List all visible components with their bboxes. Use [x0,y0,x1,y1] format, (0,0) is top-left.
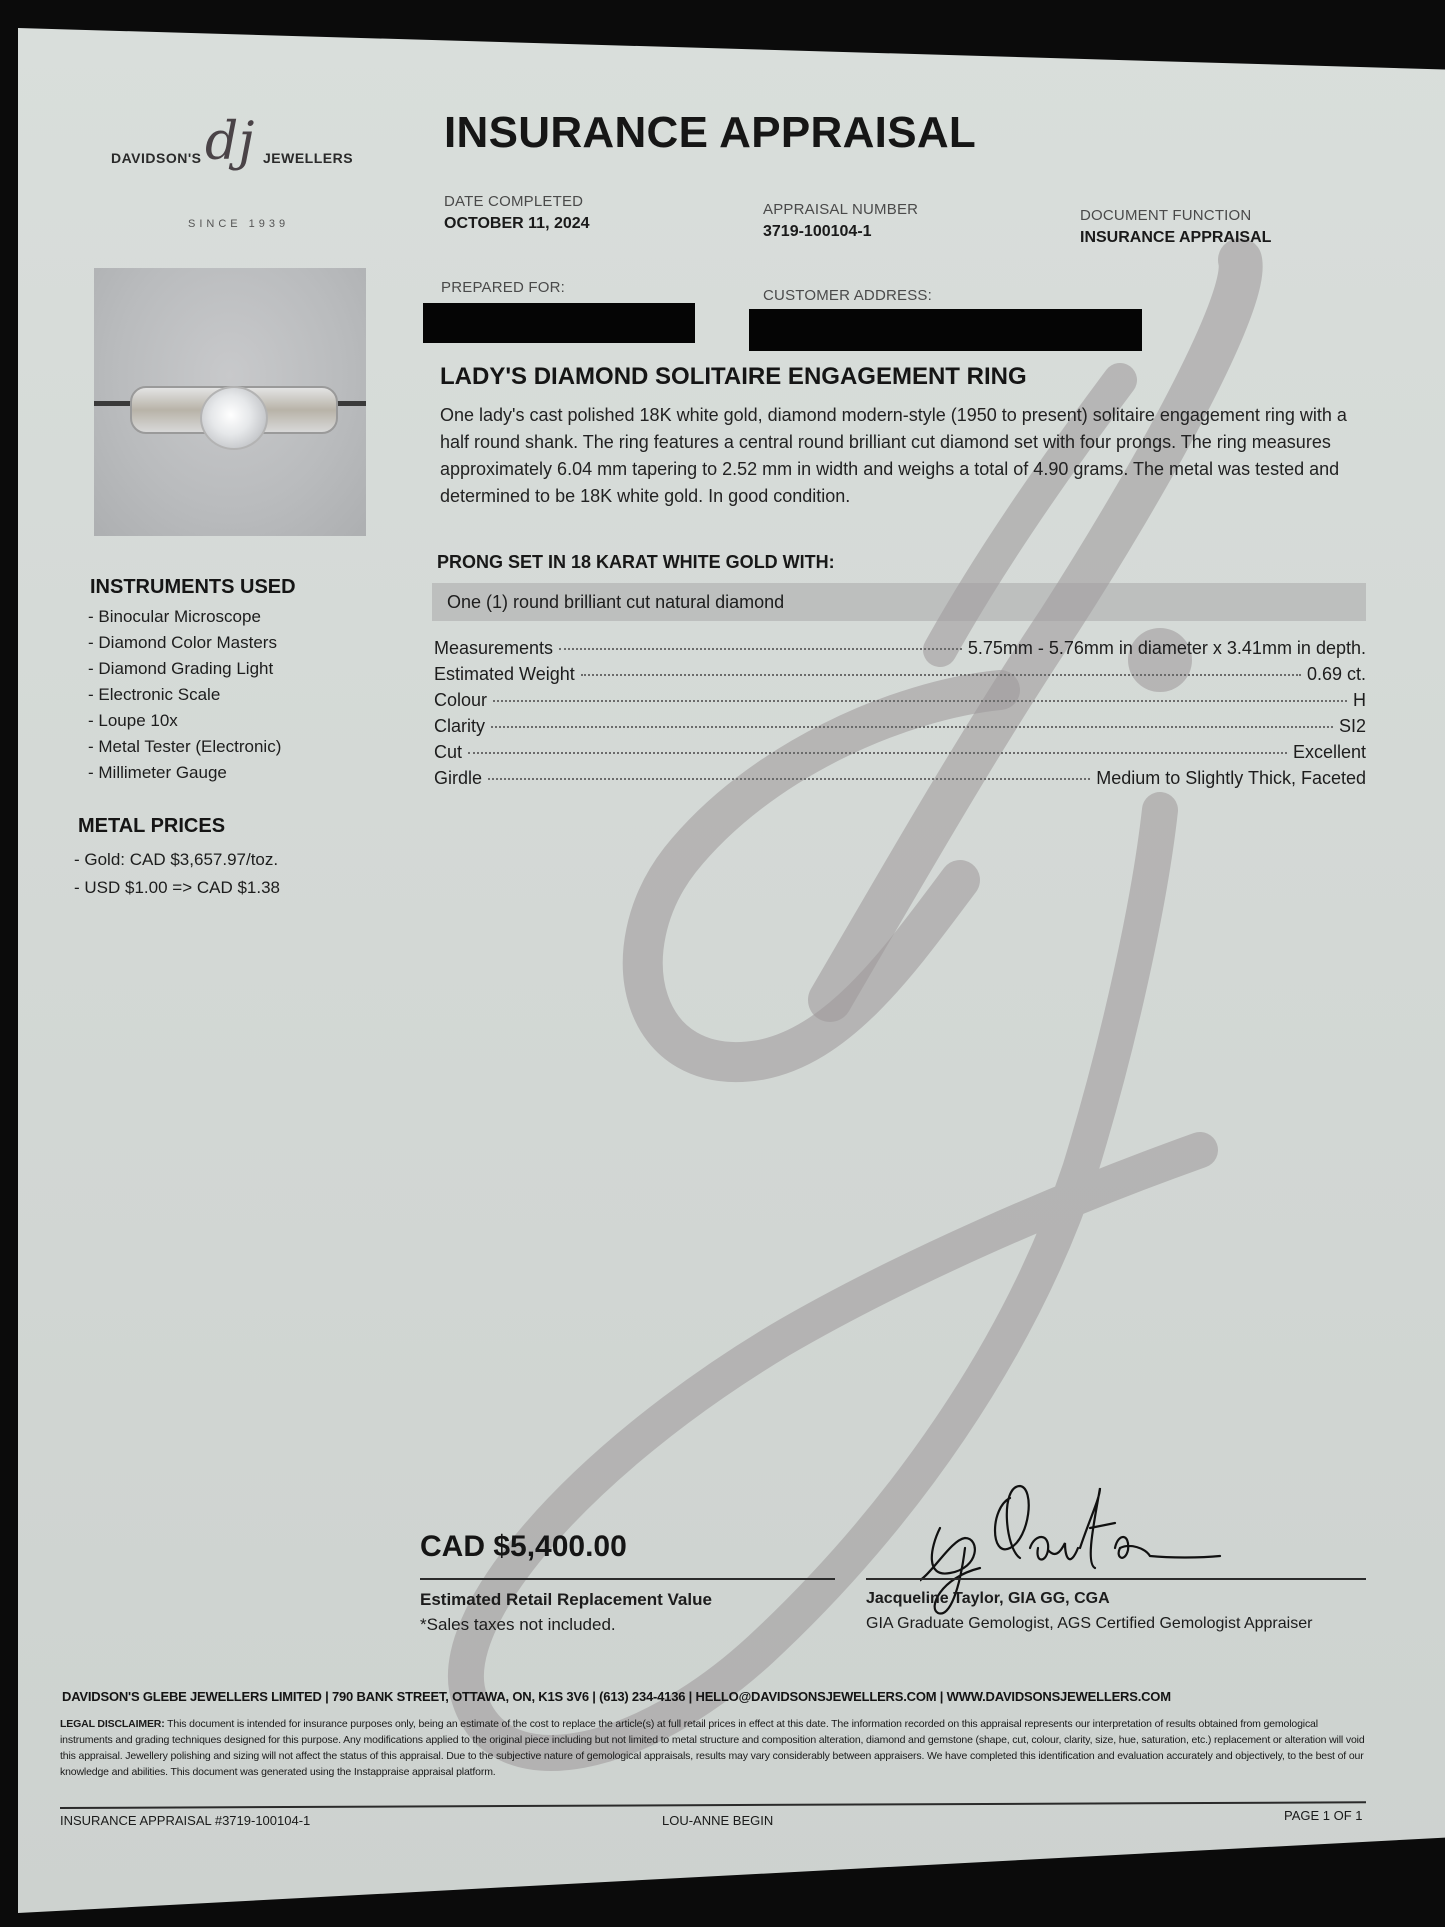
spec-label: Girdle [434,768,482,789]
spec-row: Estimated Weight0.69 ct. [434,664,1366,690]
spec-row: ColourH [434,690,1366,716]
customer-address-label: CUSTOMER ADDRESS: [763,287,932,304]
spec-value: H [1353,690,1366,711]
brand-logo: DAVIDSON'S dj JEWELLERS SINCE 1939 [110,110,370,240]
metal-price-item: - Gold: CAD $3,657.97/toz. [74,846,280,874]
meta-label: APPRAISAL NUMBER [763,201,918,218]
spec-value: Medium to Slightly Thick, Faceted [1096,768,1366,789]
spec-value: 5.75mm - 5.76mm in diameter x 3.41mm in … [968,638,1366,659]
meta-document-function: DOCUMENT FUNCTION INSURANCE APPRAISAL [1080,207,1271,247]
spec-value: Excellent [1293,742,1366,763]
spec-label: Colour [434,690,487,711]
instruments-list: - Binocular Microscope - Diamond Color M… [88,604,281,786]
document-title: INSURANCE APPRAISAL [444,108,976,158]
spec-label: Estimated Weight [434,664,575,685]
appraiser-credentials: GIA Graduate Gemologist, AGS Certified G… [866,1615,1312,1633]
legal-disclaimer: LEGAL DISCLAIMER: This document is inten… [60,1716,1366,1780]
setting-heading: PRONG SET IN 18 KARAT WHITE GOLD WITH: [437,552,835,573]
spec-row: Measurements5.75mm - 5.76mm in diameter … [434,638,1366,664]
brand-since: SINCE 1939 [188,218,289,230]
redacted-customer-address [749,309,1142,351]
stone-summary-bar: One (1) round brilliant cut natural diam… [432,583,1366,621]
instrument-item: - Diamond Color Masters [88,630,281,656]
sales-tax-note: *Sales taxes not included. [420,1615,616,1635]
item-description: One lady's cast polished 18K white gold,… [440,402,1365,510]
appraiser-name: Jacqueline Taylor, GIA GG, CGA [866,1590,1110,1608]
dj-monogram-icon: dj [205,112,254,172]
spec-row: GirdleMedium to Slightly Thick, Faceted [434,768,1366,794]
prepared-for-label: PREPARED FOR: [441,279,565,296]
brand-name-right: JEWELLERS [263,150,353,166]
spec-row: ClaritySI2 [434,716,1366,742]
instrument-item: - Binocular Microscope [88,604,281,630]
footer-page-number: PAGE 1 OF 1 [1284,1808,1363,1823]
instrument-item: - Metal Tester (Electronic) [88,734,281,760]
spec-label: Measurements [434,638,553,659]
spec-value: SI2 [1339,716,1366,737]
spec-label: Clarity [434,716,485,737]
metal-prices-list: - Gold: CAD $3,657.97/toz. - USD $1.00 =… [74,846,280,902]
spec-label: Cut [434,742,462,763]
meta-label: DATE COMPLETED [444,193,590,210]
replacement-value-label: Estimated Retail Replacement Value [420,1590,712,1610]
item-heading: LADY'S DIAMOND SOLITAIRE ENGAGEMENT RING [440,363,1027,391]
value-rule [420,1578,835,1580]
signature-rule [866,1578,1366,1580]
instrument-item: - Loupe 10x [88,708,281,734]
ring-photo [94,268,366,536]
brand-name-left: DAVIDSON'S [111,150,202,166]
spec-row: CutExcellent [434,742,1366,768]
meta-value: INSURANCE APPRAISAL [1080,229,1271,247]
redacted-customer-name [423,303,695,343]
instrument-item: - Electronic Scale [88,682,281,708]
stone-summary: One (1) round brilliant cut natural diam… [447,592,784,613]
footer-appraisal-ref: INSURANCE APPRAISAL #3719-100104-1 [60,1813,310,1828]
meta-value: OCTOBER 11, 2024 [444,215,590,233]
instruments-heading: INSTRUMENTS USED [90,576,296,599]
meta-date: DATE COMPLETED OCTOBER 11, 2024 [444,193,590,233]
instrument-item: - Diamond Grading Light [88,656,281,682]
spec-table: Measurements5.75mm - 5.76mm in diameter … [434,638,1366,794]
legal-text: This document is intended for insurance … [60,1718,1365,1778]
footer-preparer: LOU-ANNE BEGIN [662,1813,773,1828]
company-contact-line: DAVIDSON'S GLEBE JEWELLERS LIMITED | 790… [62,1689,1171,1704]
spec-value: 0.69 ct. [1307,664,1366,685]
replacement-value-amount: CAD $5,400.00 [420,1530,627,1564]
meta-label: DOCUMENT FUNCTION [1080,207,1271,224]
meta-appraisal-number: APPRAISAL NUMBER 3719-100104-1 [763,201,918,241]
instrument-item: - Millimeter Gauge [88,760,281,786]
metal-prices-heading: METAL PRICES [78,815,225,838]
metal-price-item: - USD $1.00 => CAD $1.38 [74,874,280,902]
legal-label: LEGAL DISCLAIMER: [60,1718,165,1730]
meta-value: 3719-100104-1 [763,223,918,241]
